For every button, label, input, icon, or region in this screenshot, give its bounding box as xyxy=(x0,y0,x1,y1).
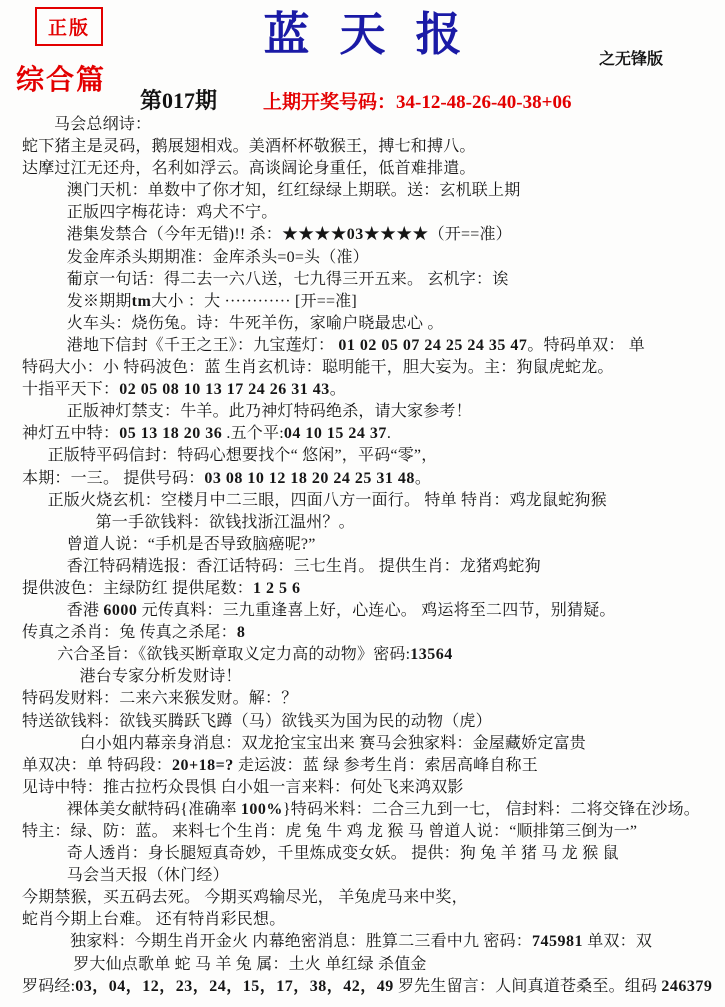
number-segment: 8 xyxy=(237,624,246,641)
text-line: 提供波色：主绿防红 提供尾数：1 2 5 6 xyxy=(22,578,719,600)
header: 正版 蓝天报 之无锋版 综合篇 第017期 上期开奖号码：34-12-48-26… xyxy=(0,0,725,114)
text-segment: 罗先生留言：人间真道苍桑至。组码 xyxy=(394,978,662,995)
text-segment: 独家料：今期生肖开金火 内幕绝密消息：胜算二三看中九 密码： xyxy=(70,933,532,950)
number-segment: 03，04，12，23，24，15，17，38，42，49 xyxy=(75,978,394,995)
text-line: 正版神灯禁支：牛羊。此乃神灯特码绝杀，请大家参考！ xyxy=(22,401,719,423)
number-segment: 04 10 15 24 37 xyxy=(284,425,387,442)
text-segment: 今期禁猴，买五码去死。 今期买鸡输尽光， 羊兔虎马来中奖， xyxy=(22,889,468,906)
text-segment: 罗大仙点歌单 蛇 马 羊 兔 属：土火 单红绿 杀值金 xyxy=(73,956,426,973)
text-segment: 神灯五中特： xyxy=(22,425,119,442)
text-segment: 发※期期 xyxy=(67,293,132,310)
text-segment: 。特码单双： 单 xyxy=(527,337,645,354)
text-line: 港台专家分析发财诗！ xyxy=(22,666,719,688)
text-segment: 走运波：蓝 绿 参考生肖：索居高峰自称王 xyxy=(234,757,538,774)
text-segment: 。 xyxy=(330,381,346,398)
text-segment: 单双决：单 特码段： xyxy=(22,757,172,774)
number-segment: 03 08 10 12 18 20 24 25 31 48 xyxy=(204,470,415,487)
text-segment: 十指平天下： xyxy=(22,381,119,398)
text-segment: 罗码经: xyxy=(22,978,75,995)
number-segment: 1 2 5 6 xyxy=(253,580,301,597)
text-line: 传真之杀肖：兔 传真之杀尾：8 xyxy=(22,622,719,644)
number-segment: 100% xyxy=(241,801,283,818)
text-segment: 正版四字梅花诗：鸡犬不宁。 xyxy=(67,204,278,221)
text-segment: 单双：双 xyxy=(583,933,652,950)
number-segment: 01 02 05 07 24 25 24 35 47 xyxy=(338,337,527,354)
text-line: 罗码经:03，04，12，23，24，15，17，38，42，49 罗先生留言：… xyxy=(22,976,719,998)
text-segment: ★★★★（开==准） xyxy=(364,226,512,243)
text-line: 白小姐内幕亲身消息：双龙抢宝宝出来 赛马会独家料：金屋藏娇定富贵 xyxy=(22,733,719,755)
text-line: 蛇下猪主是灵码，鹅展翅相戏。美酒杯杯敬猴王，搏七和搏八。 xyxy=(22,136,719,158)
text-segment: }特码米料：二合三九到一七， 信封料：二将交锋在沙场。 xyxy=(283,801,700,818)
text-segment: 传真之杀肖：兔 传真之杀尾： xyxy=(22,624,237,641)
number-segment: 246379 xyxy=(661,978,712,995)
text-segment: 正版火烧玄机：空楼月中二三眼，四面八方一面行。 特单 特肖：鸡龙鼠蛇狗猴 xyxy=(48,492,607,509)
text-segment: 奇人透肖：身长腿短真奇妙，千里炼成变女妖。 提供：狗 兔 羊 猪 马 龙 猴 鼠 xyxy=(67,845,619,862)
text-segment: 特主：绿、防：蓝。 来料七个生肖：虎 兔 牛 鸡 龙 猴 马 曾道人说：“顺排第… xyxy=(22,823,637,840)
text-line: 单双决：单 特码段：20+18=? 走运波：蓝 绿 参考生肖：索居高峰自称王 xyxy=(22,755,719,777)
text-line: 奇人透肖：身长腿短真奇妙，千里炼成变女妖。 提供：狗 兔 羊 猪 马 龙 猴 鼠 xyxy=(22,843,719,865)
text-segment: 葡京一句话：得二去一六八送，七九得三开五来。 玄机字：诶 xyxy=(67,271,509,288)
text-line: 蛇肖今期上台难。 还有特肖彩民想。 xyxy=(22,909,719,931)
text-segment: 港地下信封《千王之王》：九宝莲灯： xyxy=(67,337,339,354)
text-line: 独家料：今期生肖开金火 内幕绝密消息：胜算二三看中九 密码：745981 单双：… xyxy=(22,931,719,953)
text-line: 香港 6000 元传真料：三九重逢喜上好，心连心。 鸡运将至二四节，别猜疑。 xyxy=(22,600,719,622)
text-line: 十指平天下：02 05 08 10 13 17 24 26 31 43。 xyxy=(22,379,719,401)
text-segment: 本期：一三。 提供号码： xyxy=(22,470,204,487)
number-segment: 6000 xyxy=(103,602,137,619)
text-segment: 白小姐内幕亲身消息：双龙抢宝宝出来 赛马会独家料：金屋藏娇定富贵 xyxy=(80,735,586,752)
text-line: 今期禁猴，买五码去死。 今期买鸡输尽光， 羊兔虎马来中奖， xyxy=(22,887,719,909)
text-segment: 曾道人说：“手机是否导致脑癌呢?” xyxy=(67,536,316,553)
text-line: 马会总纲诗： xyxy=(22,114,719,136)
text-line: 特主：绿、防：蓝。 来料七个生肖：虎 兔 牛 鸡 龙 猴 马 曾道人说：“顺排第… xyxy=(22,821,719,843)
text-segment: 大小 ：大 ············ [开==准] xyxy=(151,293,357,310)
text-segment: 正版特平码信封：特码心想要找个“ 悠闲”，平码“零”， xyxy=(48,447,438,464)
body-text: 马会总纲诗：蛇下猪主是灵码，鹅展翅相戏。美酒杯杯敬猴王，搏七和搏八。达摩过江无还… xyxy=(22,114,719,998)
text-segment: 香江特码精选报：香江话特码：三七生肖。 提供生肖：龙猪鸡蛇狗 xyxy=(67,558,541,575)
text-segment: 火车头：烧伤兔。诗：牛死羊伤，家喻户晓最忠心 。 xyxy=(67,315,444,332)
text-line: 本期：一三。 提供号码：03 08 10 12 18 20 24 25 31 4… xyxy=(22,468,719,490)
text-segment: 香港 xyxy=(67,602,104,619)
text-line: 正版特平码信封：特码心想要找个“ 悠闲”，平码“零”， xyxy=(22,445,719,467)
text-segment: 正版神灯禁支：牛羊。此乃神灯特码绝杀，请大家参考！ xyxy=(67,403,472,420)
number-segment: 20+18=? xyxy=(172,757,234,774)
text-line: 曾道人说：“手机是否导致脑癌呢?” xyxy=(22,534,719,556)
text-segment: 澳门天机：单数中了你才知，红红绿绿上期联。送：玄机联上期 xyxy=(67,182,521,199)
text-line: 特送欲钱料：欲钱买腾跃飞蹲（马）欲钱买为国为民的动物（虎） xyxy=(22,711,719,733)
number-segment: 05 13 18 20 36 xyxy=(119,425,222,442)
newspaper-page: 正版 蓝天报 之无锋版 综合篇 第017期 上期开奖号码：34-12-48-26… xyxy=(0,0,725,1007)
text-segment: 六合圣旨：《欲钱买断章取义定力高的动物》密码: xyxy=(57,646,410,663)
text-segment: 第一手欲钱料：欲钱找浙江温州？。 xyxy=(96,514,355,531)
text-segment: 见诗中特：推古拉朽众畏惧 白小姐一言来料：何处飞来鸿双影 xyxy=(22,779,464,796)
text-segment: 马会总纲诗： xyxy=(54,116,151,133)
text-line: 火车头：烧伤兔。诗：牛死羊伤，家喻户晓最忠心 。 xyxy=(22,313,719,335)
text-segment: .五个平: xyxy=(222,425,284,442)
issue-number: 第017期 xyxy=(140,84,217,115)
text-line: 特码大小：小 特码波色：蓝 生肖玄机诗：聪明能干，胆大妄为。主：狗鼠虎蛇龙。 xyxy=(22,357,719,379)
text-line: 第一手欲钱料：欲钱找浙江温州？。 xyxy=(22,512,719,534)
text-segment: 港集发禁合（今年无错)!! 杀：★★★★ xyxy=(67,226,347,243)
text-segment: 裸体美女献特码{准确率 xyxy=(67,801,241,818)
text-line: 神灯五中特：05 13 18 20 36 .五个平:04 10 15 24 37… xyxy=(22,423,719,445)
text-segment: 蛇下猪主是灵码，鹅展翅相戏。美酒杯杯敬猴王，搏七和搏八。 xyxy=(22,138,476,155)
text-segment: 蛇肖今期上台难。 还有特肖彩民想。 xyxy=(22,911,285,928)
text-line: 发金库杀头期期准：金库杀头=0=头（准） xyxy=(22,247,719,269)
text-line: 正版火烧玄机：空楼月中二三眼，四面八方一面行。 特单 特肖：鸡龙鼠蛇狗猴 xyxy=(22,490,719,512)
text-line: 正版四字梅花诗：鸡犬不宁。 xyxy=(22,202,719,224)
text-line: 特码发财料：二来六来猴发财。解：？ xyxy=(22,688,719,710)
text-line: 罗大仙点歌单 蛇 马 羊 兔 属：土火 单红绿 杀值金 xyxy=(22,954,719,976)
number-segment: 02 05 08 10 13 17 24 26 31 43 xyxy=(119,381,330,398)
text-segment: 特码发财料：二来六来猴发财。解：？ xyxy=(22,690,297,707)
text-line: 港地下信封《千王之王》：九宝莲灯： 01 02 05 07 24 25 24 3… xyxy=(22,335,719,357)
number-segment: 13564 xyxy=(410,646,453,663)
text-segment: . xyxy=(387,425,391,442)
text-segment: 港台专家分析发财诗！ xyxy=(80,668,242,685)
number-segment: tm xyxy=(132,293,152,310)
text-line: 发※期期tm大小 ：大 ············ [开==准] xyxy=(22,291,719,313)
number-segment: 745981 xyxy=(532,933,583,950)
text-segment: 提供波色：主绿防红 提供尾数： xyxy=(22,580,253,597)
section-title: 综合篇 xyxy=(16,58,106,98)
text-line: 澳门天机：单数中了你才知，红红绿绿上期联。送：玄机联上期 xyxy=(22,180,719,202)
text-segment: 特送欲钱料：欲钱买腾跃飞蹲（马）欲钱买为国为民的动物（虎） xyxy=(22,713,492,730)
text-line: 裸体美女献特码{准确率 100%}特码米料：二合三九到一七， 信封料：二将交锋在… xyxy=(22,799,719,821)
text-line: 六合圣旨：《欲钱买断章取义定力高的动物》密码:13564 xyxy=(22,644,719,666)
text-segment: 发金库杀头期期准：金库杀头=0=头（准） xyxy=(67,249,369,266)
text-line: 马会当天报（休门经） xyxy=(22,865,719,887)
text-segment: 达摩过江无还舟，名利如浮云。高谈阔论身重任，低首难排遣。 xyxy=(22,160,476,177)
text-line: 港集发禁合（今年无错)!! 杀：★★★★03★★★★（开==准） xyxy=(22,224,719,246)
text-segment: 。 xyxy=(415,470,431,487)
last-draw-numbers: 上期开奖号码：34-12-48-26-40-38+06 xyxy=(263,87,571,114)
number-segment: 03 xyxy=(347,226,364,243)
text-line: 见诗中特：推古拉朽众畏惧 白小姐一言来料：何处飞来鸿双影 xyxy=(22,777,719,799)
text-segment: 马会当天报（休门经） xyxy=(67,867,229,884)
text-segment: 特码大小：小 特码波色：蓝 生肖玄机诗：聪明能干，胆大妄为。主：狗鼠虎蛇龙。 xyxy=(22,359,614,376)
text-line: 葡京一句话：得二去一六八送，七九得三开五来。 玄机字：诶 xyxy=(22,269,719,291)
text-line: 达摩过江无还舟，名利如浮云。高谈阔论身重任，低首难排遣。 xyxy=(22,158,719,180)
text-line: 香江特码精选报：香江话特码：三七生肖。 提供生肖：龙猪鸡蛇狗 xyxy=(22,556,719,578)
text-segment: 元传真料：三九重逢喜上好，心连心。 鸡运将至二四节，别猜疑。 xyxy=(137,602,615,619)
edition-label: 之无锋版 xyxy=(599,46,663,69)
